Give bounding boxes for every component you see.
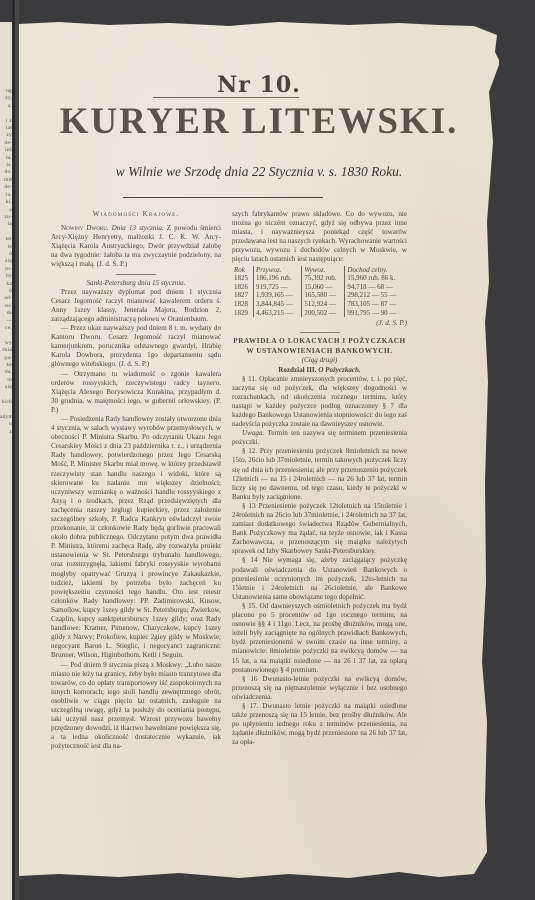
- table-cell: 1826: [232, 283, 253, 292]
- table-cell: 1828: [232, 300, 253, 309]
- table-cell: 1829: [232, 309, 253, 318]
- section-13: § 13 Przeniesienie pożyczek 12toletnich …: [232, 502, 407, 557]
- continued-text: szych fabrykantów prawo składowe. Co do …: [232, 210, 407, 265]
- adjacent-page-edge: ng zy, a. i z iał zy de- ież m. is. do. …: [0, 22, 12, 900]
- continuation-note: (Ciąg drugi): [232, 356, 407, 365]
- title-rule-bottom: [123, 197, 323, 198]
- right-column: szych fabrykantów prawo składowe. Co do …: [232, 210, 407, 747]
- table-cell: 3,844,845 —: [253, 300, 301, 309]
- column-header: Dochod celny.: [345, 266, 407, 275]
- table-cell: 1827: [232, 291, 253, 300]
- table-cell: 1825: [232, 274, 253, 283]
- news-paragraph-1: Nowiny Dworu. Dnia 13 stycznia. Z powodu…: [51, 224, 221, 269]
- news-paragraph-2: Przez nayważszy dyplomat pod dniem 1 sty…: [51, 288, 221, 324]
- news-paragraph-6: — Pod dniem 9 stycznia piszą z Moskwy: „…: [51, 661, 221, 752]
- issue-number-value: 10.: [260, 72, 301, 98]
- note-paragraph: Uwaga. Termin ten nazywa się terminem pr…: [232, 429, 407, 447]
- source-attribution: (J. d. S. P.): [232, 319, 407, 328]
- column-header: Rok: [232, 266, 253, 275]
- issue-number-prefix: Nr: [217, 72, 251, 98]
- table-cell: 165,580 —: [302, 291, 345, 300]
- table-cell: 919,725 —: [253, 283, 301, 292]
- table-cell: 783,105 — 87 —: [345, 300, 407, 309]
- table-row: 1825 186,196 rub. 75,392 rub. 15,960 rub…: [232, 274, 407, 283]
- section-15: § 15. Od dawnieyszych ośmioletnich pożyc…: [232, 602, 407, 675]
- adjacent-page-text: ng zy, a. i z iał zy de- ież m. is. do. …: [0, 22, 12, 436]
- news-paragraph-5: — Posiedzenia Rady handlowey zostały otw…: [51, 415, 221, 661]
- table-cell: 15,060 —: [302, 283, 345, 292]
- title-rule-top: [153, 97, 299, 98]
- section-16: § 16 Dwunasto-letnie pożyczki na ewikcyą…: [232, 675, 407, 702]
- news-dateline: Sankt-Petersburg dnia 15 stycznia.: [51, 279, 221, 288]
- section-heading: Wiadomości Krajowe.: [51, 210, 221, 219]
- table-row: 1828 3,844,845 — 512,924 — 783,105 — 87 …: [232, 300, 407, 309]
- table-cell: 1,939,165 —: [253, 291, 301, 300]
- table-cell: 4,463,215 —: [253, 309, 301, 318]
- table-cell: 94,718 — 68 —: [345, 283, 407, 292]
- divider: [300, 332, 340, 333]
- section-12: § 12. Przy przeniesieniu pożyczek 8miole…: [232, 447, 407, 502]
- section-17: § 17. Dwunasto letnie pożyczki na maiątk…: [232, 702, 407, 747]
- table-header-row: Rok Przywoz. Wywoz. Dochod celny.: [232, 266, 407, 275]
- table-cell: 991,795 — 90 —: [345, 309, 407, 318]
- masthead-title: KURYER LITEWSKI.: [19, 100, 499, 143]
- left-column: Wiadomości Krajowe. Nowiny Dworu. Dnia 1…: [51, 210, 221, 751]
- column-header: Wywoz.: [302, 266, 345, 275]
- table-cell: 15,960 rub. 86 k.: [345, 274, 407, 283]
- divider: [116, 274, 156, 275]
- column-header: Przywoz.: [253, 266, 301, 275]
- section-11: § 11. Opłacanie zmnieyszonych procentów,…: [232, 375, 407, 430]
- table-cell: 186,196 rub.: [253, 274, 301, 283]
- news-paragraph-4: — Otrzymano tu wiadomość o zgonie kawale…: [51, 370, 221, 415]
- dateline: w Wilnie we Srzodę dnia 22 Stycznia v. s…: [19, 164, 499, 180]
- trade-statistics-table: Rok Przywoz. Wywoz. Dochod celny. 1825 1…: [232, 266, 407, 318]
- table-row: 1829 4,463,215 — 200,502 — 991,795 — 90 …: [232, 309, 407, 318]
- table-row: 1826 919,725 — 15,060 — 94,718 — 68 —: [232, 283, 407, 292]
- table-cell: 75,392 rub.: [302, 274, 345, 283]
- chapter-heading: Rozdział III. O Pożyczkach.: [232, 366, 407, 375]
- news-paragraph-3: — Przez ukaz nayważszy pod dniem 8 t. m.…: [51, 324, 221, 369]
- table-cell: 200,502 —: [302, 309, 345, 318]
- page-content: Nr 10. KURYER LITEWSKI. w Wilnie we Srzo…: [19, 22, 499, 882]
- article-title: PRAWIDŁA O LOKACYACH I POŻYCZKACH W USTA…: [232, 337, 407, 356]
- table-cell: 298,212 — 55 —: [345, 291, 407, 300]
- section-14: § 14 Nie wymaga się, ażeby zaciągaiący p…: [232, 556, 407, 601]
- issue-number: Nr 10.: [19, 72, 499, 98]
- table-row: 1827 1,939,165 — 165,580 — 298,212 — 55 …: [232, 291, 407, 300]
- table-cell: 512,924 —: [302, 300, 345, 309]
